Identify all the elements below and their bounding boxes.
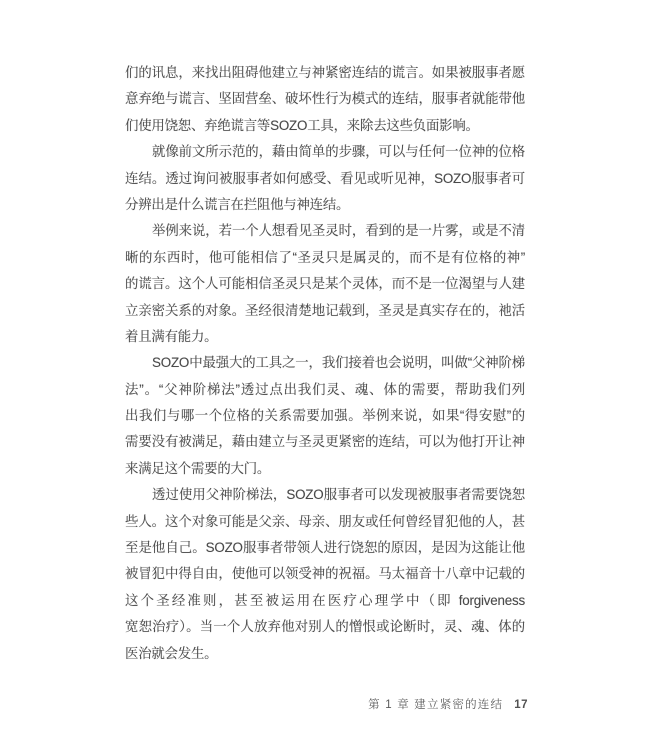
book-page: 们的讯息，来找出阻碍他建立与神紧密连结的谎言。如果被服事者愿意弃绝与谎言、坚固营…: [0, 0, 650, 750]
paragraph: 透过使用父神阶梯法，SOZO服事者可以发现被服事者需要饶恕哪些人。这个对象可能是…: [125, 482, 525, 667]
text-line: 被冒犯中得自由，使他可以领受神的祝福。马太福音十八章中记载的: [125, 561, 525, 587]
text-line: 连结。透过询问被服事者如何感受、看见或听见神，SOZO服事者可以: [125, 166, 525, 192]
text-line: 意弃绝与谎言、坚固营垒、破坏性行为模式的连结，服事者就能带他: [125, 86, 525, 112]
text-line: 来满足这个需要的大门。: [125, 456, 525, 482]
text-line: 分辨出是什么谎言在拦阻他与神连结。: [125, 192, 525, 218]
text-line: 举例来说，若一个人想看见圣灵时，看到的是一片雾，或是不清: [125, 218, 525, 244]
text-line: 着且满有能力。: [125, 324, 525, 350]
text-line: 晰的东西时，他可能相信了“圣灵只是属灵的，而不是有位格的神”: [125, 245, 525, 271]
text-line: 透过使用父神阶梯法，SOZO服事者可以发现被服事者需要饶恕哪: [125, 482, 525, 508]
text-line: 的谎言。这个人可能相信圣灵只是某个灵体，而不是一位渴望与人建: [125, 271, 525, 297]
text-line: 们的讯息，来找出阻碍他建立与神紧密连结的谎言。如果被服事者愿: [125, 60, 525, 86]
paragraph: 就像前文所示范的，藉由简单的步骤，可以与任何一位神的位格连结。透过询问被服事者如…: [125, 139, 525, 218]
text-line: 这个圣经准则，甚至被运用在医疗心理学中（即 forgiveness therap…: [125, 588, 525, 614]
text-line: 宽恕治疗）。当一个人放弃他对别人的憎恨或论断时，灵、魂、体的: [125, 614, 525, 640]
footer-page-number: 17: [514, 699, 528, 711]
text-line: 就像前文所示范的，藉由简单的步骤，可以与任何一位神的位格: [125, 139, 525, 165]
text-line: SOZO中最强大的工具之一，我们接着也会说明，叫做“父神阶梯: [125, 350, 525, 376]
text-line: 医治就会发生。: [125, 641, 525, 667]
text-line: 法”。“父神阶梯法”透过点出我们灵、魂、体的需要，帮助我们列: [125, 377, 525, 403]
footer-chapter-title: 第 1 章 建立紧密的连结: [368, 696, 503, 712]
text-line: 们使用饶恕、弃绝谎言等SOZO工具，来除去这些负面影响。: [125, 113, 525, 139]
text-line: 立亲密关系的对象。圣经很清楚地记载到，圣灵是真实存在的，祂活: [125, 298, 525, 324]
paragraph: 们的讯息，来找出阻碍他建立与神紧密连结的谎言。如果被服事者愿意弃绝与谎言、坚固营…: [125, 60, 525, 139]
text-line: 些人。这个对象可能是父亲、母亲、朋友或任何曾经冒犯他的人，甚: [125, 509, 525, 535]
text-line: 需要没有被满足，藉由建立与圣灵更紧密的连结，可以为他打开让神: [125, 429, 525, 455]
text-line: 至是他自己。SOZO服事者带领人进行饶恕的原因，是因为这能让他从: [125, 535, 525, 561]
text-line: 出我们与哪一个位格的关系需要加强。举例来说，如果“得安慰”的: [125, 403, 525, 429]
paragraph: SOZO中最强大的工具之一，我们接着也会说明，叫做“父神阶梯法”。“父神阶梯法”…: [125, 350, 525, 482]
text-block: 们的讯息，来找出阻碍他建立与神紧密连结的谎言。如果被服事者愿意弃绝与谎言、坚固营…: [125, 60, 525, 667]
paragraph: 举例来说，若一个人想看见圣灵时，看到的是一片雾，或是不清晰的东西时，他可能相信了…: [125, 218, 525, 350]
page-footer: 第 1 章 建立紧密的连结 17: [368, 696, 528, 712]
